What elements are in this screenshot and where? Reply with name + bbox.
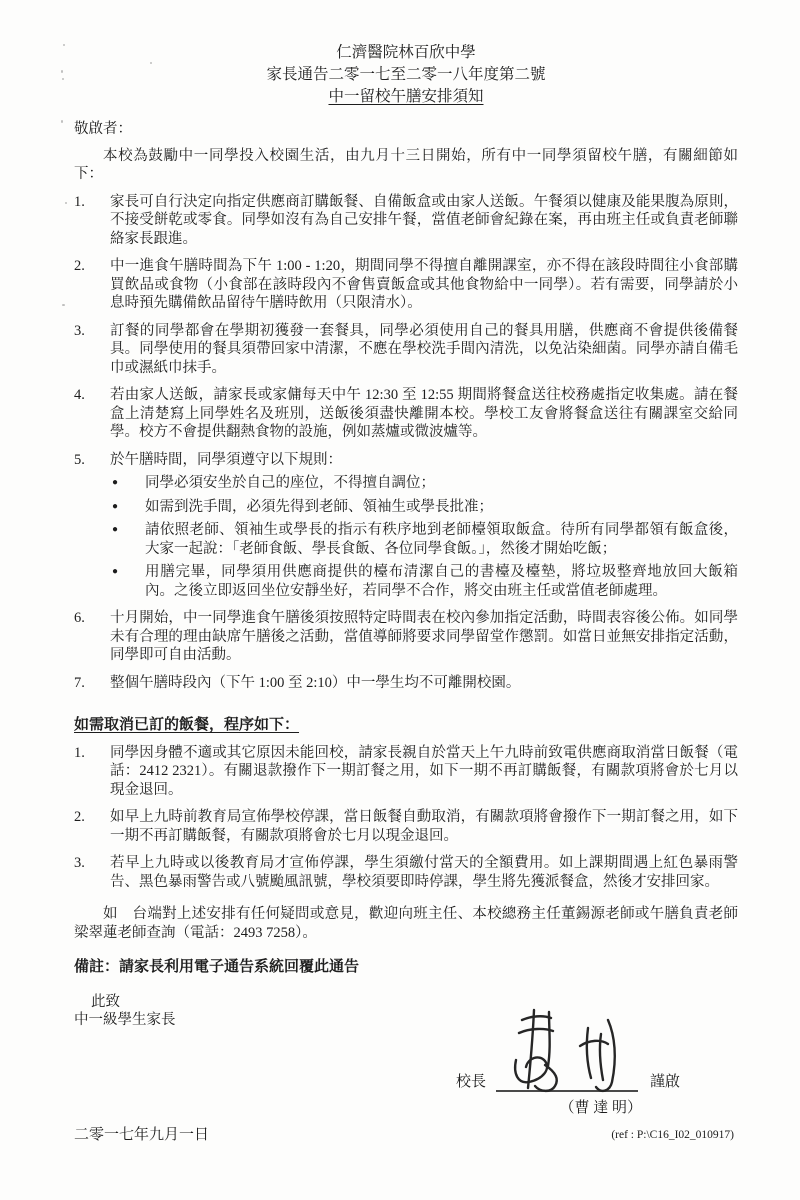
list-item: 6. 十月開始，中一同學進食午膳後須按照特定時間表在校內參加指定活動，時間表容後…: [74, 609, 738, 665]
addressee-block: 此致 中一級學生家長: [74, 993, 738, 1030]
bullet-text: 請依照老師、領袖生或學長的指示有秩序地到老師檯領取飯盒。待所有同學都領有飯盒後，…: [145, 521, 738, 558]
date-line: 二零一七年九月一日: [74, 1126, 209, 1145]
scan-speck: [61, 70, 63, 73]
scan-speck: [62, 78, 64, 80]
ref-code: (ref : P:\C16_I02_010917): [611, 1126, 738, 1145]
school-name: 仁濟醫院林百欣中學: [74, 42, 738, 64]
scan-speck: [150, 62, 152, 64]
item-number: 1.: [74, 744, 110, 800]
item-text: 如早上九時前教育局宣佈學校停課，當日飯餐自動取消，有關款項將會撥作下一期訂餐之用…: [110, 808, 738, 845]
item-number: 4.: [74, 386, 110, 442]
signature-block: 校長 謹啟: [74, 1030, 738, 1118]
addressee: 中一級學生家長: [74, 1011, 738, 1030]
notice-title: 中一留校午膳安排須知: [74, 86, 738, 108]
cancellation-heading: 如需取消已訂的飯餐，程序如下：: [74, 716, 738, 735]
intro-paragraph: 本校為鼓勵中一同學投入校園生活，由九月十三日開始，所有中一同學須留校午膳，有關細…: [74, 147, 738, 184]
list-item: 1. 同學因身體不適或其它原因未能回校，請家長親自於當天上午九時前致電供應商取消…: [74, 744, 738, 800]
item-text: 若由家人送飯，請家長或家傭每天中午 12:30 至 12:55 期間將餐盒送往校…: [110, 386, 738, 442]
document-header: 仁濟醫院林百欣中學 家長通告二零一七至二零一八年度第二號 中一留校午膳安排須知: [74, 42, 738, 108]
scan-speck: [62, 304, 65, 306]
closing-paragraph: 如 台端對上述安排有任何疑問或意見，歡迎向班主任、本校總務主任董錫源老師或午膳負…: [74, 905, 738, 942]
rules-list: 1. 家長可自行決定向指定供應商訂購飯餐、自備飯盒或由家人送飯。午餐須以健康及能…: [74, 193, 738, 693]
list-item: 5. 於午膳時間，同學須遵守以下規則： ● 同學必須安坐於自己的座位，不得擅自調…: [74, 451, 738, 601]
bullet-item: ● 請依照老師、領袖生或學長的指示有秩序地到老師檯領取飯盒。待所有同學都領有飯盒…: [110, 521, 738, 558]
list-item: 4. 若由家人送飯，請家長或家傭每天中午 12:30 至 12:55 期間將餐盒…: [74, 386, 738, 442]
rules-sublist: ● 同學必須安坐於自己的座位，不得擅自調位； ● 如需到洗手間，必須先得到老師、…: [110, 474, 738, 600]
sign-off-label: 謹啟: [638, 1073, 680, 1092]
document-footer: 二零一七年九月一日 (ref : P:\C16_I02_010917): [74, 1126, 738, 1145]
item-text: 中一進食午膳時間為下午 1:00 - 1:20，期間同學不得擅自離開課室，亦不得…: [110, 257, 738, 313]
item-number: 5.: [74, 451, 110, 601]
principal-name: （曹 達 明）: [559, 1099, 642, 1118]
list-item: 2. 如早上九時前教育局宣佈學校停課，當日飯餐自動取消，有關款項將會撥作下一期訂…: [74, 808, 738, 845]
item-text: 十月開始，中一同學進食午膳後須按照特定時間表在校內參加指定活動，時間表容後公佈。…: [110, 609, 738, 665]
bullet-icon: ●: [110, 521, 145, 558]
item-number: 1.: [74, 193, 110, 249]
bullet-icon: ●: [110, 474, 145, 493]
list-item: 3. 若早上九時或以後教育局才宣佈停課，學生須繳付當天的全額費用。如上課期間遇上…: [74, 854, 738, 891]
cancellation-list: 1. 同學因身體不適或其它原因未能回校，請家長親自於當天上午九時前致電供應商取消…: [74, 744, 738, 892]
note-line: 備註：請家長利用電子通告系統回覆此通告: [74, 958, 738, 977]
bullet-text: 用膳完畢，同學須用供應商提供的檯布清潔自己的書檯及檯墊，將垃圾整齊地放回大飯箱內…: [145, 563, 738, 600]
item-number: 7.: [74, 674, 110, 693]
bullet-text: 如需到洗手間，必須先得到老師、領袖生或學長批准；: [145, 498, 738, 517]
salutation: 敬啟者：: [74, 120, 738, 139]
item-number: 2.: [74, 808, 110, 845]
list-item: 2. 中一進食午膳時間為下午 1:00 - 1:20，期間同學不得擅自離開課室，…: [74, 257, 738, 313]
cancellation-heading-text: 如需取消已訂的飯餐，程序如下：: [74, 717, 299, 733]
item-number: 3.: [74, 322, 110, 378]
item-number: 2.: [74, 257, 110, 313]
list-item: 7. 整個午膳時段內（下午 1:00 至 2:10）中一學生均不可離開校園。: [74, 674, 738, 693]
scan-speck: [65, 202, 67, 204]
scan-speck: [61, 120, 63, 123]
scan-speck: [63, 44, 65, 46]
signature-row: 校長 謹啟: [456, 1073, 680, 1092]
principal-label: 校長: [456, 1073, 496, 1092]
document-page: 仁濟醫院林百欣中學 家長通告二零一七至二零一八年度第二號 中一留校午膳安排須知 …: [0, 0, 800, 1200]
item-text: 整個午膳時段內（下午 1:00 至 2:10）中一學生均不可離開校園。: [110, 674, 738, 693]
list-item: 3. 訂餐的同學都會在學期初獲發一套餐具，同學必須使用自己的餐具用膳，供應商不會…: [74, 322, 738, 378]
signature-line: [496, 1084, 638, 1092]
bullet-item: ● 如需到洗手間，必須先得到老師、領袖生或學長批准；: [110, 498, 738, 517]
item-text: 於午膳時間，同學須遵守以下規則：: [110, 452, 342, 468]
closing-salute: 此致: [74, 993, 738, 1012]
notice-number: 家長通告二零一七至二零一八年度第二號: [74, 64, 738, 86]
bullet-item: ● 同學必須安坐於自己的座位，不得擅自調位；: [110, 474, 738, 493]
item-text: 家長可自行決定向指定供應商訂購飯餐、自備飯盒或由家人送飯。午餐須以健康及能果腹為…: [110, 193, 738, 249]
item-text: 若早上九時或以後教育局才宣佈停課，學生須繳付當天的全額費用。如上課期間遇上紅色暴…: [110, 854, 738, 891]
item-number: 6.: [74, 609, 110, 665]
item-text: 訂餐的同學都會在學期初獲發一套餐具，同學必須使用自己的餐具用膳，供應商不會提供後…: [110, 322, 738, 378]
item-text: 同學因身體不適或其它原因未能回校，請家長親自於當天上午九時前致電供應商取消當日飯…: [110, 744, 738, 800]
principal-signature: [504, 1006, 630, 1102]
bullet-icon: ●: [110, 563, 145, 600]
bullet-text: 同學必須安坐於自己的座位，不得擅自調位；: [145, 474, 738, 493]
list-item: 1. 家長可自行決定向指定供應商訂購飯餐、自備飯盒或由家人送飯。午餐須以健康及能…: [74, 193, 738, 249]
item-number: 3.: [74, 854, 110, 891]
item-body: 於午膳時間，同學須遵守以下規則： ● 同學必須安坐於自己的座位，不得擅自調位； …: [110, 451, 738, 601]
bullet-item: ● 用膳完畢，同學須用供應商提供的檯布清潔自己的書檯及檯墊，將垃圾整齊地放回大飯…: [110, 563, 738, 600]
bullet-icon: ●: [110, 498, 145, 517]
